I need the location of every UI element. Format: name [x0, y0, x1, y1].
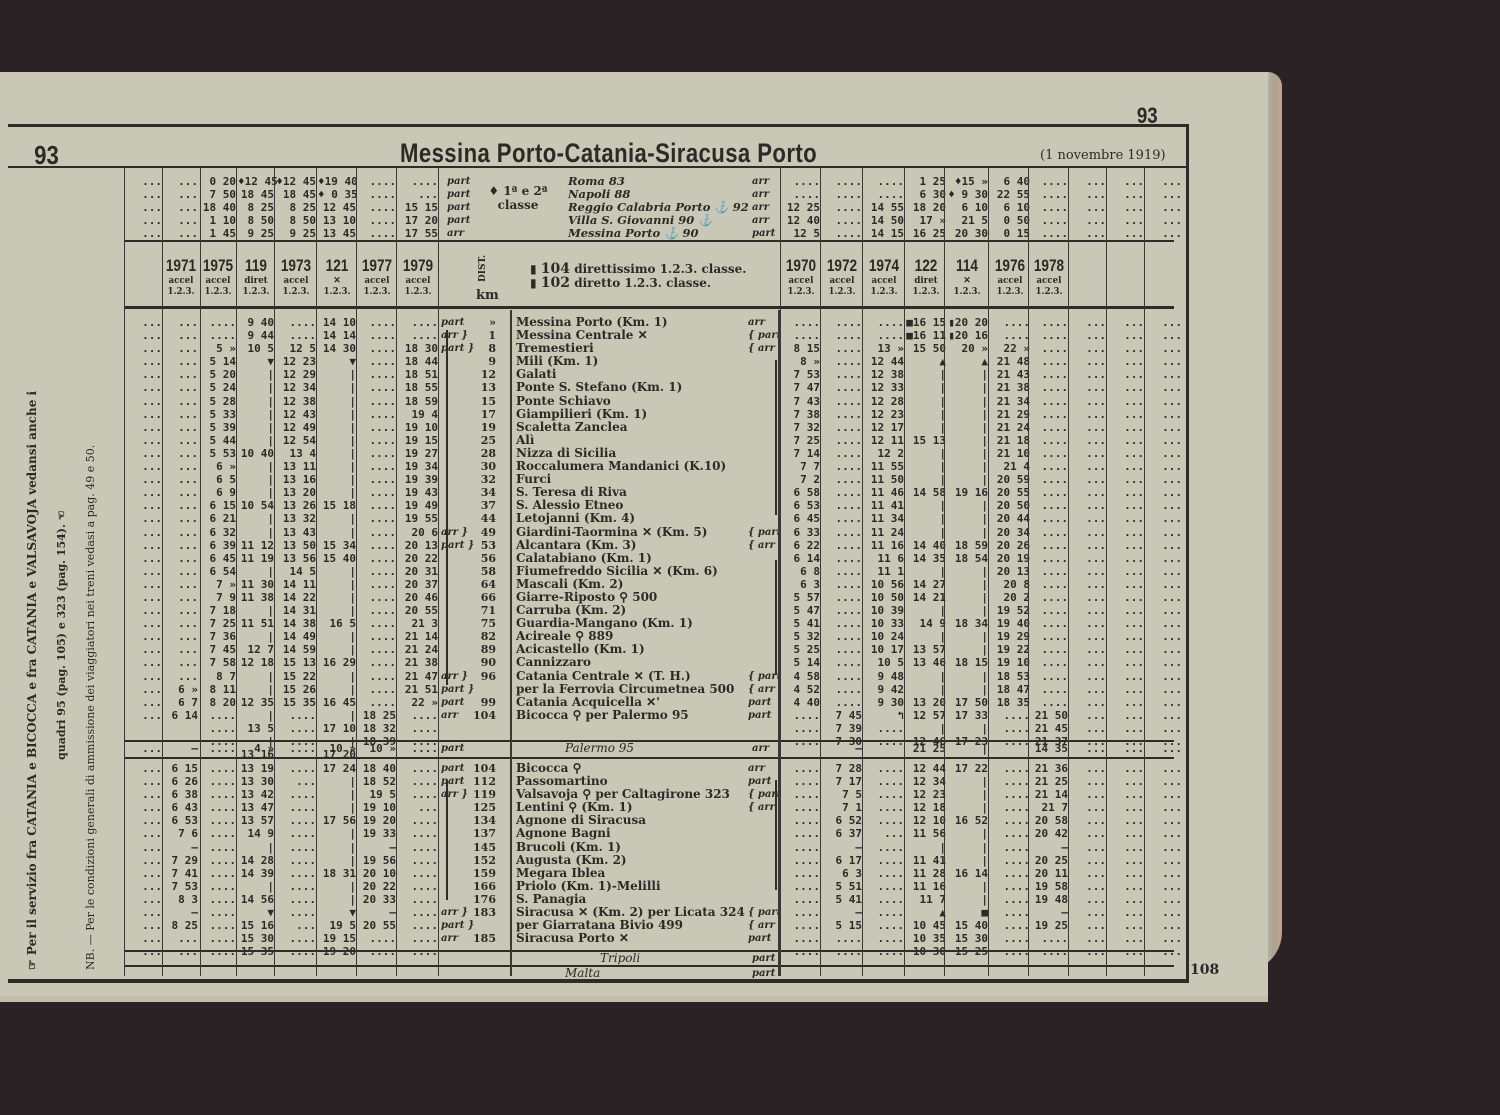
- up-train-times: .... .... .... .... .... .... .... .... …: [1030, 316, 1068, 748]
- page-ref-bottom: 108: [1190, 962, 1219, 978]
- down-arrow-line: [446, 780, 448, 900]
- down-train-times: .... .... .... .... .... .... .... .... …: [358, 316, 396, 748]
- column-line: [862, 168, 863, 976]
- down-train-times: ... ... ... ... ... ... ... ... ... ... …: [124, 316, 162, 722]
- train-header: 114✕1.2.3.: [947, 256, 987, 298]
- column-line: [162, 168, 163, 976]
- up-train-times: .... .... .... .... .... .... .... .... …: [990, 762, 1030, 958]
- train-number: 1975: [200, 256, 235, 276]
- palermo-cell: 10 »: [358, 742, 396, 755]
- train-class: 1.2.3.: [355, 287, 399, 298]
- title-rule: [8, 166, 1188, 168]
- up-arrow-line: [775, 780, 777, 890]
- connections-right-labels: arr arr arr arr part: [752, 175, 775, 240]
- connection-column: ♦19 40 ♦ 0 35 12 45 13 10 13 45: [318, 175, 356, 240]
- connection-column: ... ... ... ... ...: [124, 175, 162, 240]
- train-class: 1.2.3.: [273, 287, 319, 298]
- palermo-cell: ...: [1070, 742, 1106, 755]
- palermo-cell: ...: [124, 742, 162, 755]
- palermo-cell: ...: [1108, 742, 1144, 755]
- column-line: [236, 168, 237, 976]
- column-line: [274, 168, 275, 976]
- train-number: 119: [238, 256, 273, 276]
- connection-column: ♦12 45 18 45 8 25 8 50 9 25: [276, 175, 316, 240]
- up-train-times: .... .... .... .... .... ... .... .... .…: [864, 762, 904, 958]
- footer-part: part: [752, 952, 775, 965]
- palermo-cell: 21 25: [906, 742, 946, 755]
- up-train-times: 17 22 | | | 16 52 | | | 16 14 | | ■ 15 4…: [946, 762, 988, 958]
- train-type: accel: [861, 276, 907, 287]
- train-type: accel: [273, 276, 319, 287]
- train-header: 1978accel1.2.3.: [1031, 256, 1068, 298]
- train-header: 1971accel1.2.3.: [164, 256, 198, 298]
- train-type: ✕: [943, 276, 991, 287]
- station-list: Bicocca ⚲ Passomartino Valsavoja ⚲ per C…: [516, 762, 745, 945]
- connection-column: ... ... ... ... ...: [1070, 175, 1106, 240]
- down-train-times: .... ... .... .... .... .... .... .... .…: [276, 762, 316, 958]
- column-line: [944, 168, 945, 976]
- train-class: 1.2.3.: [1027, 287, 1071, 298]
- train-number: 1973: [277, 256, 315, 276]
- up-train-times: 7 28 7 17 7 5 7 1 6 52 6 37 — 6 17 6 3 5…: [822, 762, 862, 958]
- column-line: [356, 168, 357, 976]
- legend-line-104: ▮ 104 direttissimo 1.2.3. classe.: [530, 262, 746, 276]
- train-type: accel: [197, 276, 239, 287]
- train-type: diret: [235, 276, 277, 287]
- column-line: [820, 168, 821, 976]
- legend-line-102: ▮ 102 diretto 1.2.3. classe.: [530, 276, 746, 290]
- train-type: accel: [395, 276, 441, 287]
- palermo-cell: ....: [398, 742, 438, 755]
- up-arrow-line: [775, 560, 777, 675]
- footer-station-tripoli: Tripoli: [600, 951, 640, 965]
- down-train-times: .... .... 12 5 12 23 12 29 12 34 12 38 1…: [276, 316, 316, 748]
- down-train-times: 9 40 9 44 10 5 ▼ | | | | | | 10 40 | | |…: [238, 316, 274, 761]
- train-header: 1970accel1.2.3.: [783, 256, 820, 298]
- down-train-times: ... ... ... ... ... ... ... ... ... ... …: [164, 316, 198, 722]
- connection-column: .... .... 14 55 14 50 14 15: [864, 175, 904, 240]
- down-train-times: .... .... 18 30 18 44 18 51 18 55 18 59 …: [398, 316, 438, 748]
- down-train-times: ... ... ... ... ... ... ... ... ... ... …: [124, 762, 162, 958]
- train-type: accel: [819, 276, 865, 287]
- column-line: [200, 168, 201, 976]
- train-class: 1.2.3.: [235, 287, 277, 298]
- side-note-service: ☞ Per il servizio fra CATANIA e BICOCCA …: [25, 170, 39, 970]
- train-type: accel: [161, 276, 201, 287]
- train-type: ✕: [315, 276, 359, 287]
- down-train-times: .... .... .... ... .... .... .... .... .…: [398, 762, 438, 958]
- down-arrow-line: [446, 330, 448, 545]
- down-arrow-line: [446, 545, 448, 685]
- up-train-times: ... ... ... ... ... ... ... ... ... ... …: [1146, 316, 1182, 748]
- palermo-cell: |: [946, 742, 988, 755]
- up-train-times: 12 44 12 34 12 23 12 18 12 10 11 56 | 11…: [906, 762, 946, 958]
- train-number: 1978: [1031, 256, 1068, 276]
- train-header: 1975accel1.2.3.: [200, 256, 235, 298]
- up-train-times: .... .... .... .... .... .... .... .... …: [782, 762, 820, 958]
- column-line: [396, 168, 397, 976]
- palermo-arr: arr: [752, 742, 769, 755]
- up-train-times: ■16 15 ■16 11 15 50 ▲ | | | | | 15 13 | …: [906, 316, 946, 748]
- up-train-times: ... ... ... ... ... ... ... ... ... ... …: [1108, 762, 1144, 958]
- up-train-times: .... .... 13 » 12 44 12 38 12 33 12 28 1…: [864, 316, 904, 748]
- up-train-times: .... .... .... .... .... .... .... .... …: [822, 316, 862, 748]
- train-header: 1972accel1.2.3.: [823, 256, 861, 298]
- column-line: [316, 168, 317, 976]
- down-train-times: 18 40 18 52 19 5 19 10 19 20 19 33 — 19 …: [358, 762, 396, 958]
- up-train-times: ... ... ... ... ... ... ... ... ... ... …: [1146, 762, 1182, 958]
- connection-column: ... ... ... ... ...: [164, 175, 198, 240]
- dist-label: DIST.: [478, 255, 488, 282]
- column-line: [988, 168, 989, 976]
- down-train-times: .... .... .... .... .... .... .... .... …: [200, 762, 236, 958]
- train-class: 1.2.3.: [161, 287, 201, 298]
- up-train-times: ▮20 20 ▮20 16 20 » ▲ | | | | | | | | | 1…: [946, 316, 988, 748]
- train-number: 121: [319, 256, 356, 276]
- palermo-cell: —: [164, 742, 198, 755]
- column-line: [124, 168, 125, 976]
- train-class: 1.2.3.: [819, 287, 865, 298]
- train-header: 122diret1.2.3.: [907, 256, 945, 298]
- section-rule: [124, 757, 1174, 759]
- up-train-times: ... ... ... ... ... ... ... ... ... ... …: [1108, 316, 1144, 748]
- palermo-cell: 14 35: [1030, 742, 1068, 755]
- train-number: 122: [907, 256, 945, 276]
- palermo-cell: ...: [1146, 742, 1182, 755]
- column-line: [1144, 168, 1145, 976]
- connection-column: .... .... 12 25 12 40 12 5: [782, 175, 820, 240]
- connection-column: 6 40 22 55 6 10 0 50 0 15: [990, 175, 1030, 240]
- footer-part: part: [752, 967, 775, 980]
- footer-station-malta: Malta: [565, 966, 600, 980]
- down-train-times: .... .... 5 » 5 14 5 20 5 24 5 28 5 33 5…: [200, 316, 236, 748]
- train-legend: ▮ 104 direttissimo 1.2.3. classe. ▮ 102 …: [530, 262, 746, 290]
- train-header: 1974accel1.2.3.: [865, 256, 903, 298]
- down-train-times: 14 10 14 14 14 30 ▼ | | | | | | | | | | …: [318, 316, 356, 761]
- train-type: accel: [355, 276, 399, 287]
- column-line: [780, 168, 781, 976]
- train-header: 1973accel1.2.3.: [277, 256, 315, 298]
- train-number: 1977: [359, 256, 396, 276]
- train-class: 1.2.3.: [197, 287, 239, 298]
- column-line: [1028, 168, 1029, 976]
- train-type: accel: [1027, 276, 1071, 287]
- palermo-part: part: [441, 742, 464, 755]
- station-block-border: [778, 310, 780, 976]
- connection-column: ♦12 45 18 45 8 25 8 50 9 25: [238, 175, 274, 240]
- down-train-times: 6 15 6 26 6 38 6 43 6 53 7 6 — 7 29 7 41…: [164, 762, 198, 958]
- connection-column: 1 25 6 30 18 20 17 » 16 25: [906, 175, 946, 240]
- up-train-times: .... .... 8 15 8 » 7 53 7 47 7 43 7 38 7…: [782, 316, 820, 748]
- connection-column: .... .... .... .... ....: [1030, 175, 1068, 240]
- palermo-cell: 4 »: [238, 742, 274, 755]
- connections-rule: [124, 240, 1174, 242]
- connection-stations: Roma 83 Napoli 88 Reggio Calabria Porto …: [568, 175, 749, 240]
- up-train-times: 21 36 21 25 21 14 21 7 20 58 20 42 — 20 …: [1030, 762, 1068, 958]
- palermo-cell: 10 »: [318, 742, 356, 755]
- train-class: 1.2.3.: [943, 287, 991, 298]
- train-class: 1.2.3.: [315, 287, 359, 298]
- train-header: 1979accel1.2.3.: [399, 256, 437, 298]
- connection-column: .... .... .... .... ....: [822, 175, 862, 240]
- down-train-times: 17 24 | | | 17 56 | | | 18 31 | | ▼ 19 5…: [318, 762, 356, 958]
- station-list: Messina Porto (Km. 1) Messina Centrale ✕…: [516, 316, 734, 722]
- train-header: 1977accel1.2.3.: [359, 256, 396, 298]
- footer-rule: [124, 965, 1174, 967]
- connection-column: 0 20 7 50 18 40 1 10 1 45: [200, 175, 236, 240]
- train-type: accel: [779, 276, 823, 287]
- up-arrow-line: [775, 360, 777, 515]
- palermo-cell: —: [822, 742, 862, 755]
- footer-rule: [124, 950, 1174, 952]
- train-number: 114: [947, 256, 987, 276]
- column-line: [1068, 168, 1069, 976]
- connections-left-labels: part part part part arr: [447, 175, 470, 240]
- connection-column: ... ... ... ... ...: [1108, 175, 1144, 240]
- train-class: 1.2.3.: [861, 287, 907, 298]
- column-line: [904, 168, 905, 976]
- palermo-station: Palermo 95: [565, 741, 634, 755]
- column-line: [1106, 168, 1107, 976]
- train-header: 1976accel1.2.3.: [991, 256, 1029, 298]
- km-label: km: [476, 288, 499, 303]
- palermo-cell: ....: [200, 742, 236, 755]
- train-number: 1974: [865, 256, 903, 276]
- connection-column: .... .... .... .... ....: [358, 175, 396, 240]
- up-train-times: ... ... ... ... ... ... ... ... ... ... …: [1070, 762, 1106, 958]
- train-class: 1.2.3.: [779, 287, 823, 298]
- train-header: 119diret1.2.3.: [238, 256, 273, 298]
- down-train-times: 13 19 13 30 13 42 13 47 13 57 14 9 | 14 …: [238, 762, 274, 958]
- train-number: 1972: [823, 256, 861, 276]
- train-number: 1979: [399, 256, 437, 276]
- train-number: 1970: [783, 256, 820, 276]
- station-block-border: [510, 310, 512, 976]
- up-train-times: .... .... 22 » 21 48 21 43 21 38 21 34 2…: [990, 316, 1030, 748]
- column-line: [438, 168, 439, 976]
- up-train-times: ... ... ... ... ... ... ... ... ... ... …: [1070, 316, 1106, 748]
- page-title: Messina Porto-Catania-Siracusa Porto: [400, 138, 817, 169]
- timetable-date: (1 novembre 1919): [1040, 148, 1166, 163]
- train-class: 1.2.3.: [395, 287, 441, 298]
- connection-column: ♦15 » ♦ 9 30 6 10 21 5 20 30: [946, 175, 988, 240]
- palermo-cell: ....: [276, 742, 316, 755]
- train-number: 1971: [164, 256, 198, 276]
- header-rule: [124, 306, 1174, 309]
- train-number: 1976: [991, 256, 1029, 276]
- connection-column: ... ... ... ... ...: [1146, 175, 1182, 240]
- class-note: ♦ 1ª e 2ª classe: [488, 184, 548, 212]
- side-note-quadri: quadri 95 (pag. 105) e 323 (pag. 154). ☜: [55, 511, 68, 761]
- side-note-nb: NB. — Per le condizioni generali di ammi…: [84, 445, 97, 970]
- connection-column: .... ... 15 15 17 20 17 55: [398, 175, 438, 240]
- train-header: 121✕1.2.3.: [319, 256, 356, 298]
